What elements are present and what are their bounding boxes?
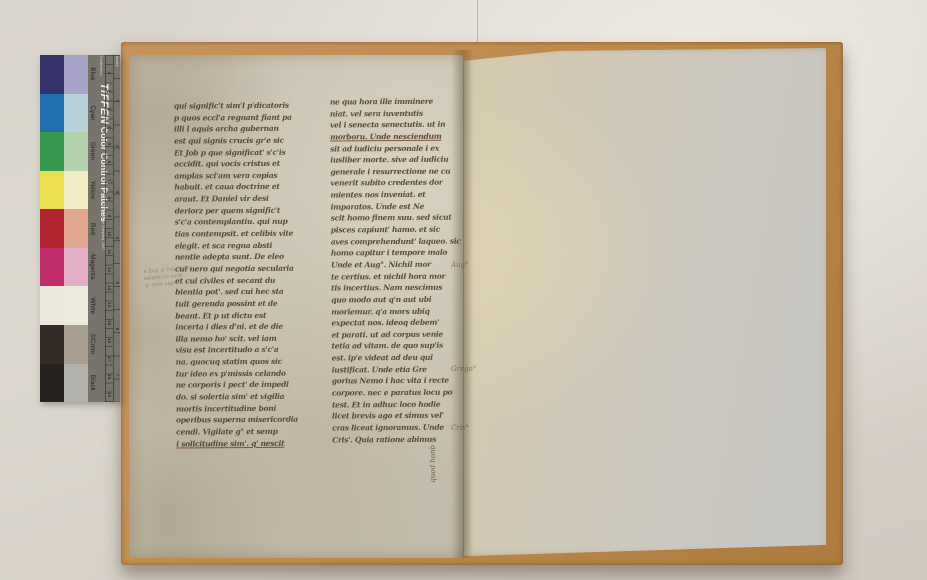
manuscript-line: corpore. nec e paratus locu po <box>332 387 468 400</box>
manuscript-line: ne qua hora ille imminere <box>330 96 466 109</box>
manuscript-line: pisces capiunt' hamo. et sic <box>331 224 467 237</box>
cm-tick-number: 5 <box>107 143 112 146</box>
manuscript-line: expectat nos. ideoq debem' <box>331 317 467 330</box>
cm-tick-number: 12 <box>107 267 112 272</box>
patch-row-label: Cyan <box>89 105 96 120</box>
manuscript-line: iustificat. Unde etia Gre <box>332 363 468 376</box>
color-patch-red <box>40 209 64 248</box>
manuscript-line: tetia ad vitam. de quo sup'is <box>331 340 467 353</box>
cm-tick-number: 19 <box>107 392 112 397</box>
cm-tick-number: 4 <box>107 125 112 128</box>
cm-tick-number: 14 <box>107 303 112 308</box>
color-patch-black-light <box>64 364 88 403</box>
manuscript-line: test. Et in adhuc loco hodie <box>332 398 468 411</box>
patch-row-label: Green <box>89 142 96 160</box>
manuscript-line: scit homo finem suu. sed sicut <box>331 212 467 225</box>
cm-tick-number: 17 <box>107 356 112 361</box>
color-patch-magenta-light <box>64 248 88 287</box>
inch-tick-number: 7 <box>115 373 120 376</box>
patch-row <box>40 209 88 248</box>
color-patch-cyan-light <box>64 94 88 133</box>
cm-tick-number: 15 <box>107 320 112 325</box>
manuscript-line: iusliber morte. sive ad iudiciu <box>330 154 466 167</box>
centimeters-label: Centimeters <box>99 56 103 75</box>
patch-row <box>40 286 88 325</box>
patch-row-label: Blue <box>89 68 96 81</box>
color-patch-red-light <box>64 209 88 248</box>
vertical-catchword: quod honb <box>429 445 437 483</box>
inch-tick-number: 5 <box>115 282 120 285</box>
manuscript-line: imparatos. Unde est Ne <box>331 200 467 213</box>
card-label-strip: BlueCyanGreenYellowRedMagentaWhite3/Colo… <box>88 55 120 402</box>
cm-tick-number: 18 <box>107 374 112 379</box>
color-patch-green-light <box>64 132 88 171</box>
cm-tick-number: 11 <box>107 249 112 254</box>
manuscript-line: niat. vel sera iuventutis <box>330 107 466 120</box>
manuscript-line: Unde et Aug°. Nichil mor <box>331 258 467 271</box>
ruler-centimeters: 12345678910111213141516171819 <box>105 55 113 402</box>
patch-row <box>40 132 88 171</box>
patch-row-label: 3/Color <box>89 333 96 354</box>
manuscript-line: te certius. et nichil hora mor <box>331 270 467 283</box>
color-patch-white-light <box>64 286 88 325</box>
color-patch-3-color-light <box>64 325 88 364</box>
color-patch-blue-light <box>64 55 88 94</box>
manuscript-line: tis incertius. Nam nescimus <box>331 282 467 295</box>
manuscript-line: Cris'. Quia ratione abimus <box>332 433 468 446</box>
patch-row-label: Yellow <box>89 181 96 200</box>
inch-tick-number: 4 <box>115 236 120 239</box>
tiffen-color-card: BlueCyanGreenYellowRedMagentaWhite3/Colo… <box>40 55 120 402</box>
color-patch-blue <box>40 55 64 94</box>
color-patch-3-color <box>40 325 64 364</box>
text-column-2: ne qua hora ille imminereniat. vel sera … <box>330 96 468 446</box>
cm-tick-number: 2 <box>107 89 112 92</box>
manuscript-line: licet brevis ago et simus vel' <box>332 410 468 423</box>
cm-tick-number: 13 <box>107 285 112 290</box>
inch-tick-number: 1 <box>115 99 120 102</box>
manuscript-line: cras liceat ignoramus. Unde <box>332 421 468 434</box>
inch-tick-number: 3 <box>115 191 120 194</box>
manuscript-left-page: qui signific't sim'l p'dicatorisp quos e… <box>129 55 463 558</box>
color-patch-green <box>40 132 64 171</box>
manuscript-line: gorius Nemo i hac vita i recte <box>332 375 468 388</box>
manuscript-line: venerit subito credentes dor <box>330 177 466 190</box>
patch-row <box>40 325 88 364</box>
cm-tick-number: 6 <box>107 161 112 164</box>
patch-row <box>40 364 88 403</box>
manuscript-line: est. ip'e videat ad deu qui <box>332 352 468 365</box>
cm-tick-number: 3 <box>107 107 112 110</box>
backdrop-seam <box>477 0 478 47</box>
patch-row <box>40 171 88 210</box>
color-patch-white <box>40 286 64 325</box>
cm-tick-number: 1 <box>107 71 112 74</box>
manuscript-line: homo capitur i tempore malo <box>331 247 467 260</box>
manuscript-line: morboru. Unde nesciendum <box>330 130 466 143</box>
cm-tick-number: 10 <box>107 231 112 236</box>
manuscript-line: mientes nos inveniat. et <box>330 189 466 202</box>
color-patch-yellow-light <box>64 171 88 210</box>
manuscript-line: i solicitudine sim'. q' nescit <box>176 437 332 450</box>
strip-labels: BlueCyanGreenYellowRedMagentaWhite3/Colo… <box>89 55 98 402</box>
patch-row-label: Red <box>89 223 96 235</box>
manuscript-line: generale i resurrectione ne cu <box>330 165 466 178</box>
patch-row <box>40 248 88 287</box>
manuscript-line: sit ad iudiciu personale i ex <box>330 142 466 155</box>
inch-tick-number: 6 <box>115 328 120 331</box>
manuscript-line: vel i senecta senectutis. ut in <box>330 119 466 132</box>
ruler-inches: 1234567 <box>113 55 120 402</box>
book-gutter-shadow <box>451 50 473 558</box>
cm-tick-number: 7 <box>107 179 112 182</box>
photo-scene: qui signific't sim'l p'dicatorisp quos e… <box>0 0 927 580</box>
cm-tick-number: 8 <box>107 197 112 200</box>
color-patch-yellow <box>40 171 64 210</box>
inch-tick-number: 2 <box>115 145 120 148</box>
patch-row-label: Magenta <box>89 254 96 279</box>
patch-row-label: Black <box>89 375 96 391</box>
color-patch-black <box>40 364 64 403</box>
patch-row-label: White <box>89 297 96 314</box>
manuscript-line: aves comprehendunt' laqueo. sic <box>331 235 467 248</box>
cm-tick-number: 16 <box>107 338 112 343</box>
patch-grid <box>40 55 88 402</box>
color-patch-magenta <box>40 248 64 287</box>
color-patch-cyan <box>40 94 64 133</box>
patch-row <box>40 94 88 133</box>
manuscript-line: quo modo aut q'n aut ubi <box>331 293 467 306</box>
cm-tick-number: 9 <box>107 215 112 218</box>
manuscript-line: moriemur. q'a mors ubiq <box>331 305 467 318</box>
manuscript-line: et parati. ut ad corpus venie <box>331 328 467 341</box>
patch-row <box>40 55 88 94</box>
blank-right-page <box>464 48 826 556</box>
